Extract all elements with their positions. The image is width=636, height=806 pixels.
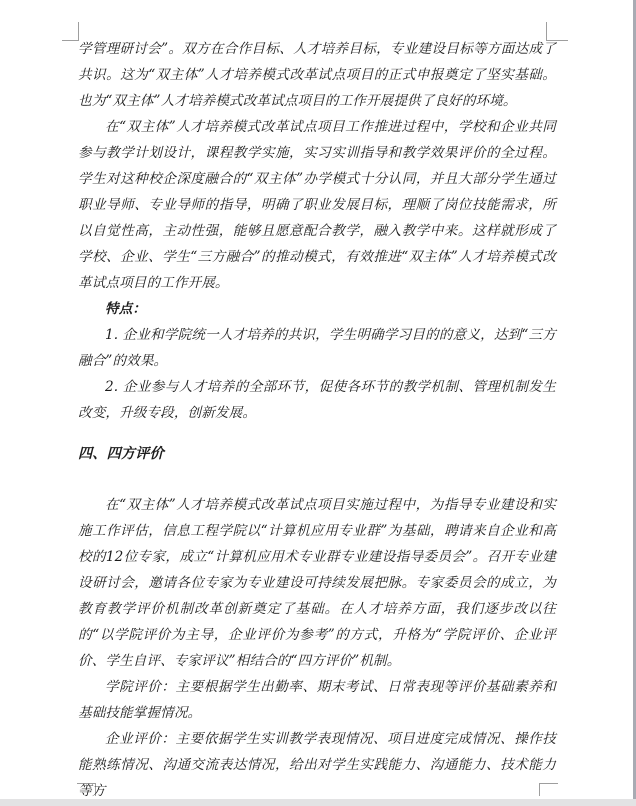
document-viewport: 学管理研讨会”。双方在合作目标、人才培养目标，专业建设目标等方面达成了共识。这为… — [0, 0, 636, 806]
document-text-area[interactable]: 学管理研讨会”。双方在合作目标、人才培养目标，专业建设目标等方面达成了共识。这为… — [78, 36, 556, 804]
page-bottom-gap — [0, 799, 636, 806]
paragraph-body[interactable]: 在“双主体”人才培养模式改革试点项目实施过程中，为指导专业建设和实施工作评估，信… — [78, 492, 556, 674]
paragraph-enterprise-evaluation[interactable]: 企业评价：主要依据学生实训教学表现情况、项目进度完成情况、操作技能熟练情况、沟通… — [78, 726, 556, 804]
section-heading-sifangpingjia[interactable]: 四、四方评价 — [78, 441, 556, 467]
list-item-2[interactable]: 2. 企业参与人才培养的全部环节，促使各环节的教学机制、管理机制发生改变，升级专… — [78, 374, 556, 426]
paragraph-body[interactable]: 在“双主体”人才培养模式改革试点项目工作推进过程中，学校和企业共同参与教学计划设… — [78, 114, 556, 296]
text-boundary-mark-top-left — [62, 22, 79, 41]
subheading-tedian[interactable]: 特点： — [78, 296, 556, 322]
list-item-1[interactable]: 1. 企业和学院统一人才培养的共识，学生明确学习目的的意义，达到“三方融合”的效… — [78, 322, 556, 374]
paragraph-continuation[interactable]: 学管理研讨会”。双方在合作目标、人才培养目标，专业建设目标等方面达成了共识。这为… — [78, 36, 556, 114]
paragraph-college-evaluation[interactable]: 学院评价：主要根据学生出勤率、期末考试、日常表现等评价基础素养和基础技能掌握情况… — [78, 674, 556, 726]
document-page[interactable]: 学管理研讨会”。双方在合作目标、人才培养目标，专业建设目标等方面达成了共识。这为… — [0, 0, 633, 799]
